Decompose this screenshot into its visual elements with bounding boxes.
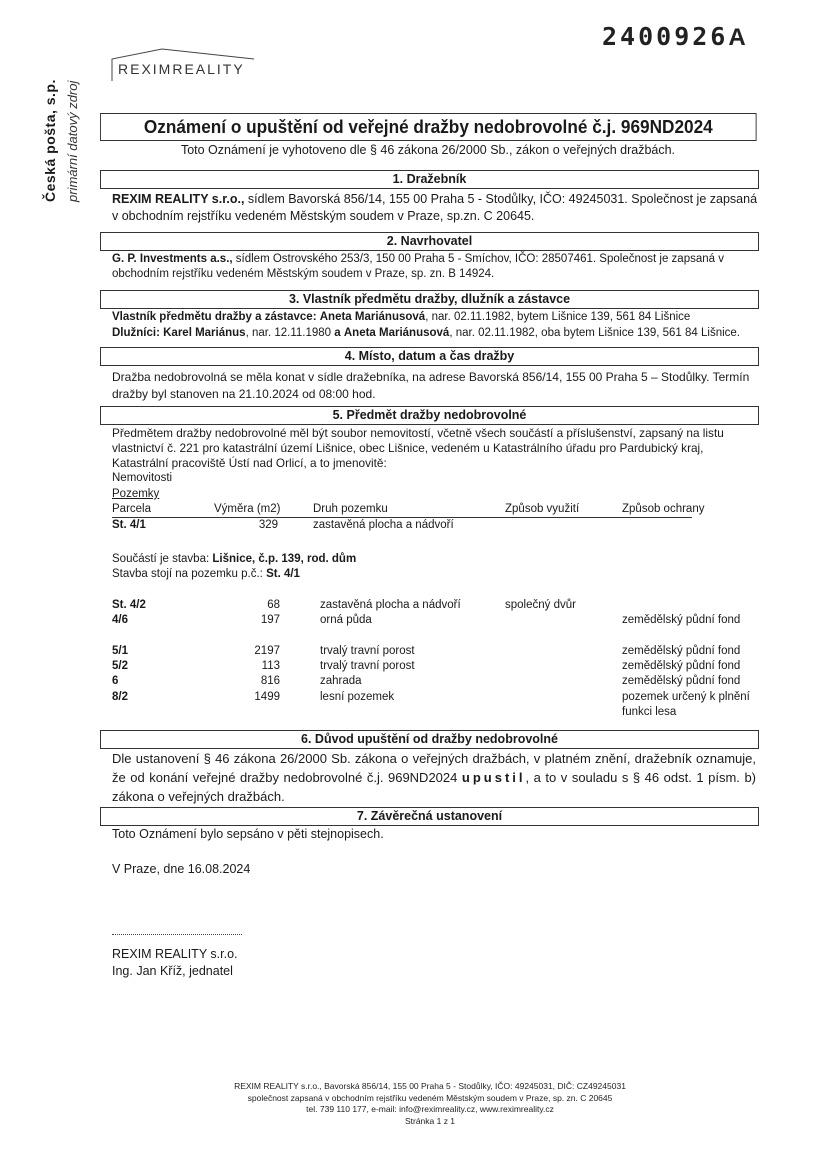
row-vyuziti: společný dvůr [505, 599, 576, 611]
section-2-text: G. P. Investments a.s., sídlem Ostrovské… [112, 252, 760, 282]
debtor-2-name: Aneta Mariánusová [344, 327, 449, 339]
row-ochrana: zemědělský půdní fond [622, 660, 740, 672]
footer-line-3: tel. 739 110 177, e-mail: info@reximreal… [200, 1104, 660, 1116]
registration-number: 2400926A [602, 22, 749, 52]
auctioneer-name: REXIM REALITY s.r.o., [112, 192, 244, 206]
row-parcela: 5/2 [112, 660, 128, 672]
debtor-2-details: , nar. 02.11.1982, oba bytem Lišnice 139… [449, 327, 740, 339]
footer-line-2: společnost zapsaná v obchodním rejstříku… [200, 1093, 660, 1105]
page-number: Stránka 1 z 1 [200, 1116, 660, 1128]
nemovitosti-label: Nemovitosti [112, 472, 172, 484]
company-logo: REXIMREALITY [110, 48, 255, 82]
row-ochrana: zemědělský půdní fond [622, 675, 740, 687]
stands-value: St. 4/1 [266, 568, 300, 580]
stands-note: Stavba stojí na pozemku p.č.: St. 4/1 [112, 568, 300, 580]
petitioner-name: G. P. Investments a.s., [112, 253, 233, 265]
row-vymera: 113 [230, 660, 280, 672]
row-vymera: 68 [230, 599, 280, 611]
reason-emphasis: upustil [462, 770, 526, 785]
row-druh: orná půda [320, 614, 372, 626]
debtor-1-details: , nar. 12.11.1980 [246, 327, 335, 339]
row-parcela: 6 [112, 675, 118, 687]
row-druh: zastavěná plocha a nádvoří [313, 519, 454, 531]
section-4-heading: 4. Místo, datum a čas dražby [100, 347, 759, 366]
stamp-line-1: Česká pošta, s.p. [42, 79, 58, 202]
section-3-debtors: Dlužníci: Karel Mariánus, nar. 12.11.198… [112, 326, 760, 341]
table-header-rule [112, 517, 692, 518]
row-ochrana: zemědělský půdní fond [622, 614, 740, 626]
row-vymera: 329 [228, 519, 278, 531]
row-druh: trvalý travní porost [320, 660, 415, 672]
row-parcela: 8/2 [112, 691, 128, 703]
row-parcela: St. 4/2 [112, 599, 146, 611]
row-parcela: St. 4/1 [112, 519, 146, 531]
row-ochrana: pozemek určený k plnění [622, 691, 750, 703]
building-label: Součástí je stavba: [112, 553, 212, 565]
row-parcela: 4/6 [112, 614, 128, 626]
owner-name: Aneta Mariánusová [320, 311, 425, 323]
col-parcela: Parcela [112, 503, 151, 515]
place-date: V Praze, dne 16.08.2024 [112, 862, 250, 876]
postal-stamp: Česká pošta, s.p. primární datový zdroj [20, 20, 70, 190]
document-title: Oznámení o upuštění od veřejné dražby ne… [100, 113, 757, 141]
section-1-text: REXIM REALITY s.r.o., sídlem Bavorská 85… [112, 191, 760, 225]
building-note: Součástí je stavba: Lišnice, č.p. 139, r… [112, 553, 356, 565]
signature-company: REXIM REALITY s.r.o. [112, 947, 238, 961]
col-druh: Druh pozemku [313, 503, 388, 515]
section-3-owner: Vlastník předmětu dražby a zástavce: Ane… [112, 310, 760, 325]
stamp-line-2: primární datový zdroj [65, 81, 80, 202]
col-vyuziti: Způsob využití [505, 503, 579, 515]
registration-suffix: A [728, 24, 748, 51]
row-druh: zahrada [320, 675, 362, 687]
row-druh: zastavěná plocha a nádvoří [320, 599, 461, 611]
section-5-intro: Předmětem dražby nedobrovolné měl být so… [112, 426, 760, 471]
col-ochrana: Způsob ochrany [622, 503, 704, 515]
row-vymera: 2197 [230, 645, 280, 657]
row-vymera: 197 [230, 614, 280, 626]
debtor-and: a [334, 327, 340, 339]
section-7-heading: 7. Závěrečná ustanovení [100, 807, 759, 826]
page-footer: REXIM REALITY s.r.o., Bavorská 856/14, 1… [200, 1081, 660, 1127]
logo-text: REXIMREALITY [118, 61, 245, 77]
debtors-label: Dlužníci: [112, 327, 160, 339]
row-vymera: 816 [230, 675, 280, 687]
section-6-heading: 6. Důvod upuštění od dražby nedobrovolné [100, 730, 759, 749]
signature-person: Ing. Jan Kříž, jednatel [112, 964, 233, 978]
row-druh: lesní pozemek [320, 691, 394, 703]
row-druh: trvalý travní porost [320, 645, 415, 657]
section-7-text: Toto Oznámení bylo sepsáno v pěti stejno… [112, 826, 760, 843]
pozemky-label: Pozemky [112, 488, 159, 500]
section-2-heading: 2. Navrhovatel [100, 232, 759, 251]
section-3-heading: 3. Vlastník předmětu dražby, dlužník a z… [100, 290, 759, 309]
stands-label: Stavba stojí na pozemku p.č.: [112, 568, 266, 580]
debtor-1-name: Karel Mariánus [163, 327, 245, 339]
owner-details: , nar. 02.11.1982, bytem Lišnice 139, 56… [425, 311, 690, 323]
section-4-text: Dražba nedobrovolná se měla konat v sídl… [112, 369, 760, 403]
owner-label: Vlastník předmětu dražby a zástavce: [112, 311, 317, 323]
registration-digits: 2400926 [602, 22, 728, 51]
row-ochrana-cont: funkci lesa [622, 706, 676, 718]
signature-line [112, 934, 242, 935]
row-vymera: 1499 [230, 691, 280, 703]
col-vymera: Výměra (m2) [214, 503, 280, 515]
document-subtitle: Toto Oznámení je vyhotoveno dle § 46 zák… [100, 143, 756, 157]
row-ochrana: zemědělský půdní fond [622, 645, 740, 657]
section-5-heading: 5. Předmět dražby nedobrovolné [100, 406, 759, 425]
section-1-heading: 1. Dražebník [100, 170, 759, 189]
row-parcela: 5/1 [112, 645, 128, 657]
section-6-text: Dle ustanovení § 46 zákona 26/2000 Sb. z… [112, 749, 756, 806]
building-value: Lišnice, č.p. 139, rod. dům [212, 553, 356, 565]
footer-line-1: REXIM REALITY s.r.o., Bavorská 856/14, 1… [200, 1081, 660, 1093]
